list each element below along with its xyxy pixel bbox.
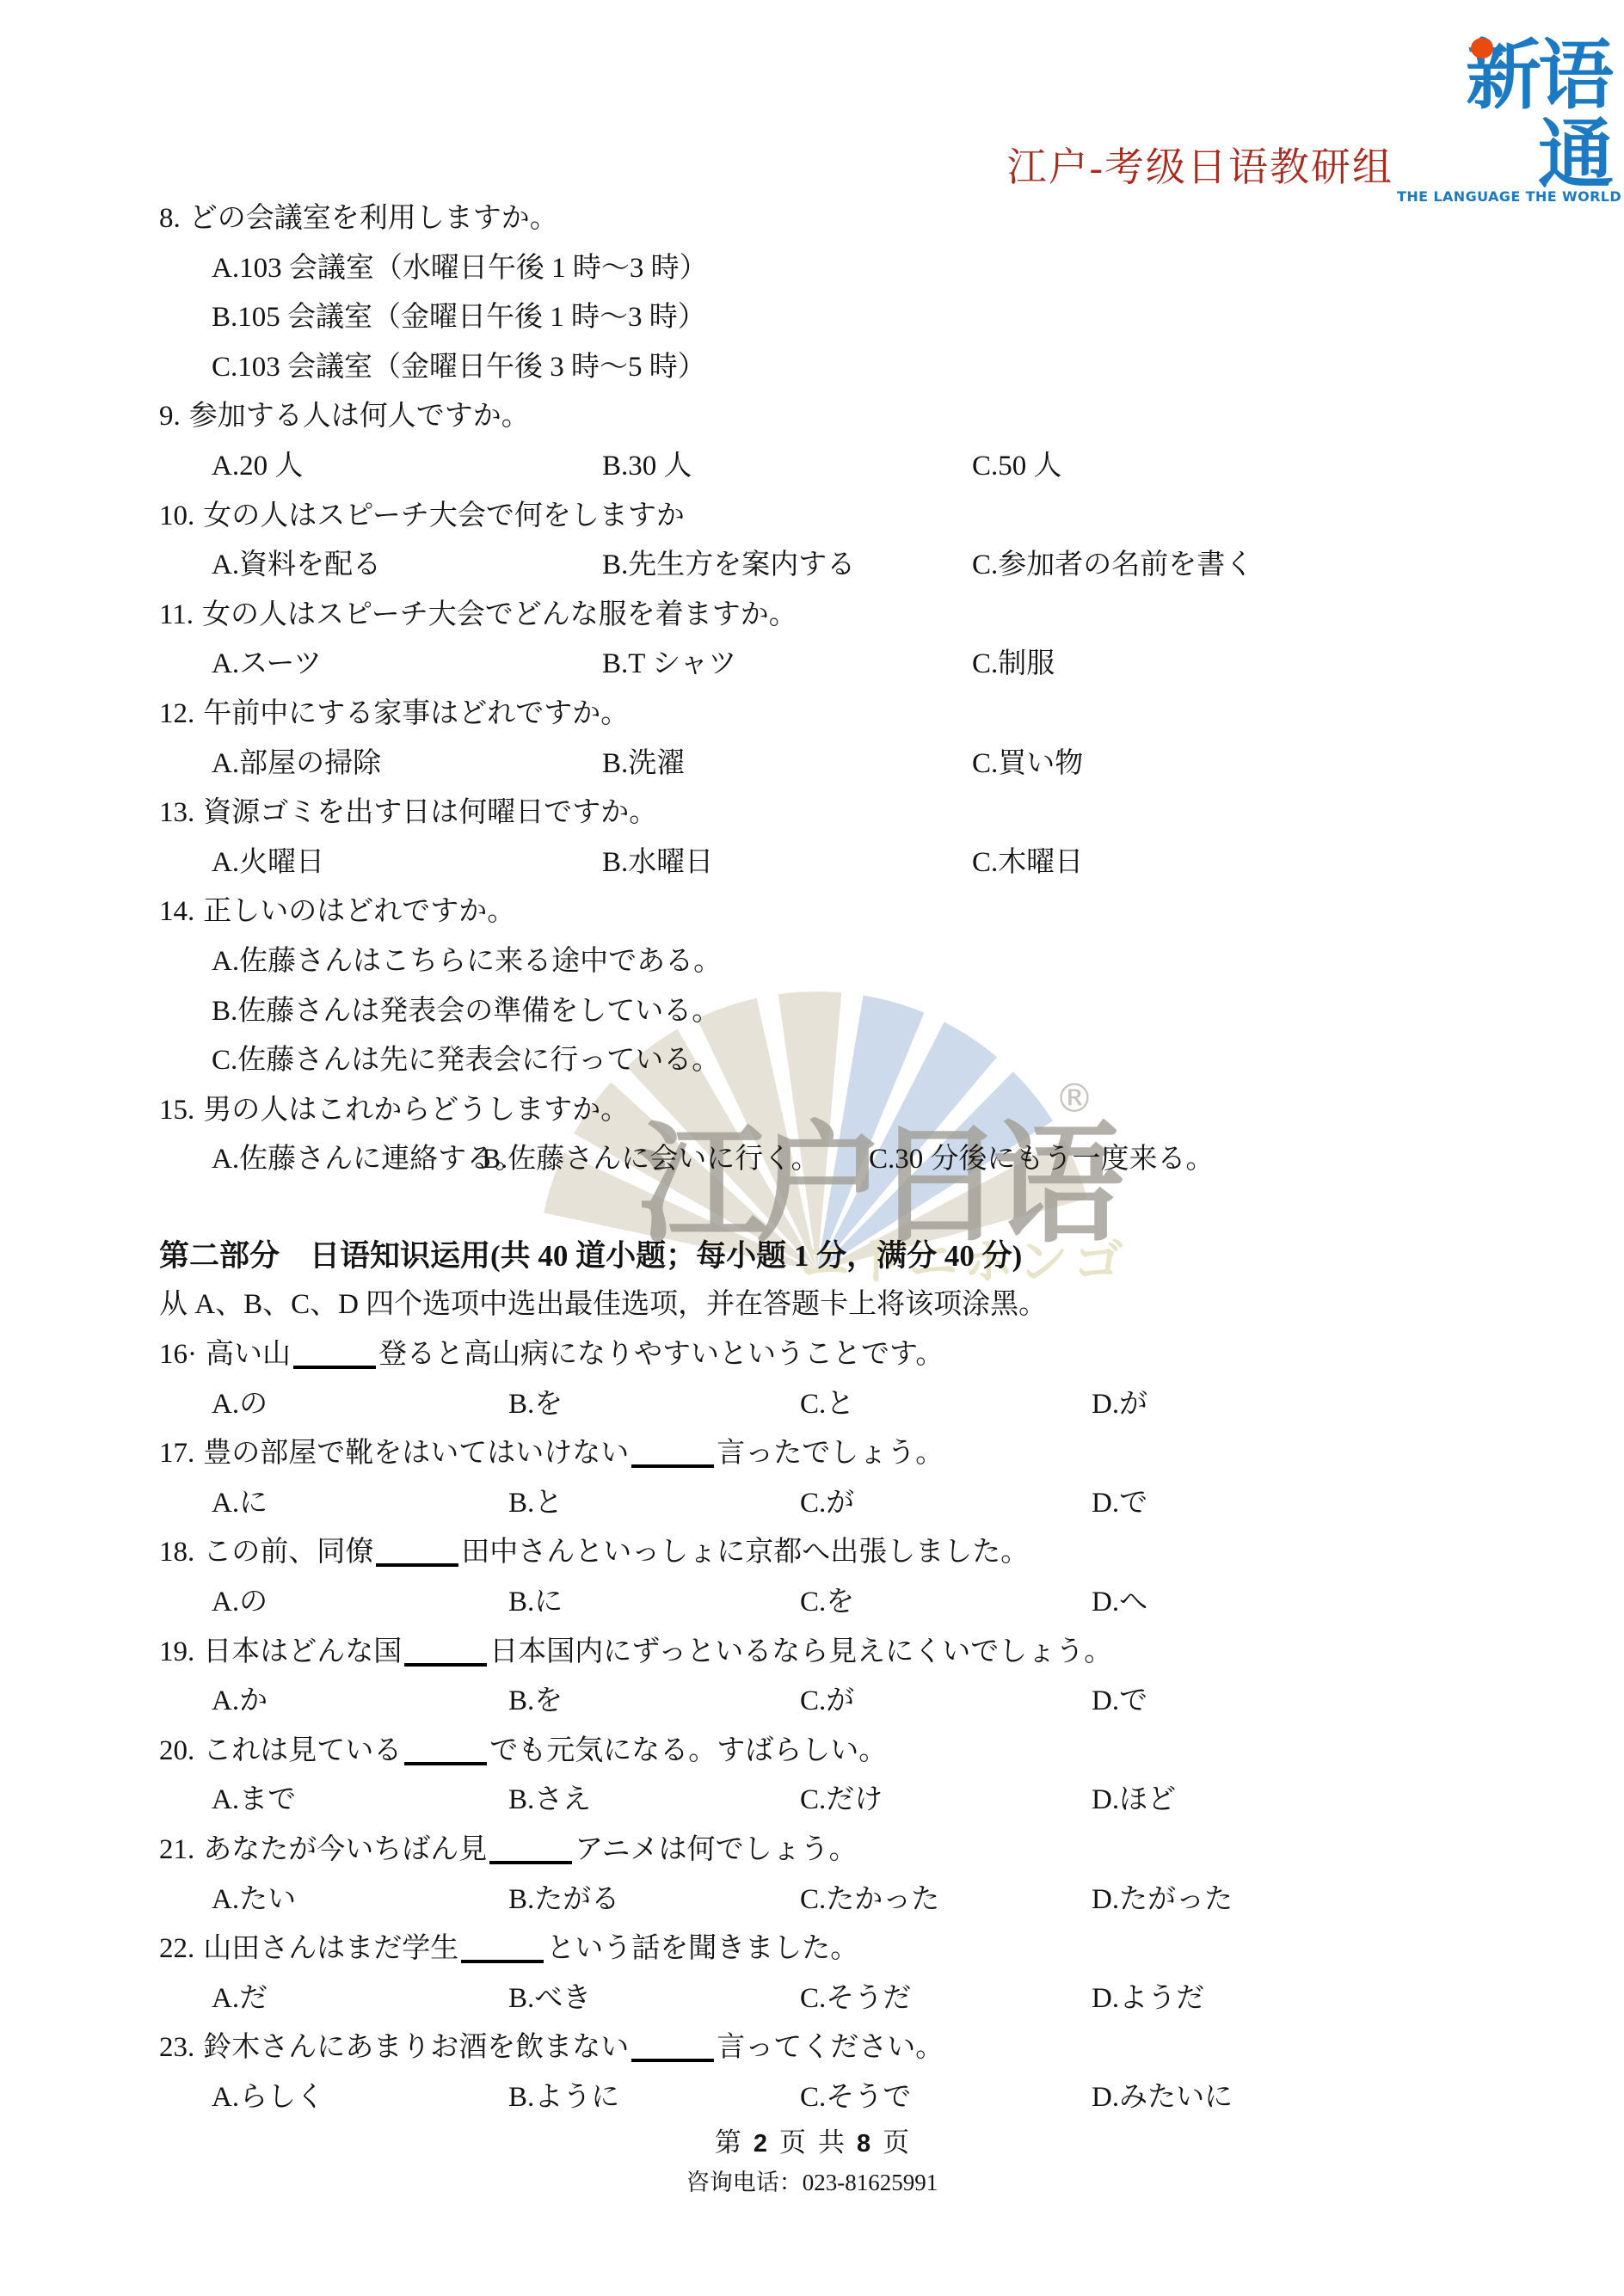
answer-option: B.ように (508, 2073, 800, 2123)
answer-option: B.を (508, 1380, 800, 1430)
answer-blank (376, 1563, 458, 1567)
answer-option: C.参加者の名前を書く (972, 541, 1570, 591)
question-17: 17.豊の部屋で靴をはいてはいけない言ったでしょう。A.にB.とC.がD.で (159, 1429, 1570, 1528)
option-row: A.までB.さえC.だけD.ほど (159, 1776, 1570, 1826)
question-text: 19.日本はどんな国日本国内にずっといるなら見えにくいでしょう。 (159, 1628, 1570, 1678)
answer-option: A.に (212, 1479, 508, 1529)
answer-option: D.ようだ (1092, 1974, 1570, 2024)
answer-option: A.の (212, 1578, 508, 1628)
question-text: 21.あなたが今いちばん見アニメは何でしょう。 (159, 1826, 1570, 1875)
question-21: 21.あなたが今いちばん見アニメは何でしょう。A.たいB.たがるC.たかったD.… (159, 1826, 1570, 1925)
brand-logo-text: 新语通 (1397, 36, 1610, 195)
answer-option: A.佐藤さんはこちらに来る途中である。 (212, 937, 1570, 987)
page-current: 2 (754, 2130, 767, 2158)
question-number: 18. (159, 1537, 194, 1568)
answer-option: C.50 人 (972, 442, 1570, 492)
question-number: 15. (159, 1095, 194, 1126)
answer-option: C.だけ (800, 1776, 1092, 1826)
section2-heading: 第二部分 日语知识运用(共 40 道小题；每小题 1 分，满分 40 分) (159, 1231, 1570, 1281)
answer-option: C.が (800, 1677, 1092, 1727)
answer-option: B.さえ (508, 1776, 800, 1826)
question-number: 23. (159, 2032, 194, 2063)
answer-blank (404, 1762, 487, 1765)
question-9: 9.参加する人は何人ですか。A.20 人B.30 人C.50 人 (159, 392, 1570, 491)
answer-option: C.そうだ (800, 1974, 1092, 2024)
answer-option: B.洗濯 (602, 740, 972, 789)
answer-option: A.スーツ (212, 640, 602, 690)
answer-option: B.水曜日 (602, 838, 972, 888)
page-total: 8 (857, 2130, 870, 2158)
question-8: 8.どの会議室を利用しますか。A.103 会議室（水曜日午後 1 時～3 時）B… (159, 194, 1570, 392)
answer-option: C.と (800, 1380, 1092, 1430)
answer-option: B.30 人 (602, 442, 972, 492)
question-number: 9. (159, 401, 181, 432)
question-16: 16·高い山登ると高山病になりやすいということです。A.のB.をC.とD.が (159, 1330, 1570, 1429)
research-group-title: 江户-考级日语教研组 (1007, 136, 1393, 205)
answer-option: C.103 会議室（金曜日午後 3 時～5 時） (212, 343, 1570, 393)
question-text: 17.豊の部屋で靴をはいてはいけない言ったでしょう。 (159, 1429, 1570, 1479)
question-number: 14. (159, 896, 194, 927)
question-number: 11. (159, 599, 194, 630)
answer-option: B.を (508, 1677, 800, 1727)
option-row: A.資料を配るB.先生方を案内するC.参加者の名前を書く (159, 541, 1570, 591)
answer-option: C.木曜日 (972, 838, 1570, 888)
answer-option: B.と (508, 1479, 800, 1529)
answer-option: C.たかった (800, 1875, 1092, 1925)
option-row: A.103 会議室（水曜日午後 1 時～3 時）B.105 会議室（金曜日午後 … (159, 244, 1570, 393)
question-text: 22.山田さんはまだ学生という話を聞きました。 (159, 1925, 1570, 1974)
answer-option: A.部屋の掃除 (212, 740, 602, 789)
page-label: 页 (883, 2127, 909, 2158)
answer-option: D.で (1092, 1479, 1570, 1529)
answer-option: B.べき (508, 1974, 800, 2024)
brand-logo: 新语通 THE LANGUAGE THE WORLD (1397, 36, 1610, 205)
page-header: 江户-考级日语教研组 新语通 THE LANGUAGE THE WORLD (1007, 36, 1610, 205)
listening-question-list: 8.どの会議室を利用しますか。A.103 会議室（水曜日午後 1 時～3 時）B… (159, 194, 1570, 1185)
question-text: 10.女の人はスピーチ大会で何をしますか (159, 492, 1570, 542)
question-text: 20.これは見ているでも元気になる。すばらしい。 (159, 1727, 1570, 1777)
answer-option: A.だ (212, 1974, 508, 2024)
page-label: 共 (818, 2127, 845, 2158)
answer-option: D.が (1092, 1380, 1570, 1430)
answer-option: A.まで (212, 1776, 508, 1826)
question-18: 18.この前、同僚田中さんといっしょに京都へ出張しました。A.のB.にC.をD.… (159, 1528, 1570, 1627)
question-14: 14.正しいのはどれですか。A.佐藤さんはこちらに来る途中である。B.佐藤さんは… (159, 887, 1570, 1085)
option-row: A.スーツB.T シャツC.制服 (159, 640, 1570, 690)
option-row: A.だB.べきC.そうだD.ようだ (159, 1974, 1570, 2024)
option-row: A.らしくB.ようにC.そうでD.みたいに (159, 2073, 1570, 2123)
answer-option: D.ほど (1092, 1776, 1570, 1826)
question-19: 19.日本はどんな国日本国内にずっといるなら見えにくいでしょう。A.かB.をC.… (159, 1628, 1570, 1727)
exam-page: 江户-考级日语教研组 新语通 THE LANGUAGE THE WORLD 江户… (0, 0, 1624, 2296)
answer-option: A.か (212, 1677, 508, 1727)
question-10: 10.女の人はスピーチ大会で何をしますかA.資料を配るB.先生方を案内するC.参… (159, 492, 1570, 591)
answer-option: A.の (212, 1380, 508, 1430)
answer-option: D.で (1092, 1677, 1570, 1727)
answer-option: B.佐藤さんは発表会の準備をしている。 (212, 987, 1570, 1037)
answer-option: D.みたいに (1092, 2073, 1570, 2123)
answer-option: B.に (508, 1578, 800, 1628)
question-number: 13. (159, 797, 194, 828)
question-text: 13.資源ゴミを出す日は何曜日ですか。 (159, 789, 1570, 838)
answer-option: B.105 会議室（金曜日午後 1 時～3 時） (212, 293, 1570, 343)
question-text: 15.男の人はこれからどうしますか。 (159, 1086, 1570, 1136)
answer-option: C.が (800, 1479, 1092, 1529)
answer-option: C.そうで (800, 2073, 1092, 2123)
answer-option: A.火曜日 (212, 838, 602, 888)
page-number: 第2页共8页 (0, 2121, 1624, 2159)
page-label: 页 (779, 2127, 806, 2158)
section2-instruction: 从 A、B、C、D 四个选项中选出最佳选项，并在答题卡上将该项涂黑。 (159, 1280, 1570, 1330)
question-11: 11.女の人はスピーチ大会でどんな服を着ますか。A.スーツB.T シャツC.制服 (159, 591, 1570, 690)
question-number: 16· (159, 1339, 197, 1370)
answer-option: A.たい (212, 1875, 508, 1925)
answer-option: A.らしく (212, 2073, 508, 2123)
question-22: 22.山田さんはまだ学生という話を聞きました。A.だB.べきC.そうだD.ようだ (159, 1925, 1570, 2023)
answer-option: A.103 会議室（水曜日午後 1 時～3 時） (212, 244, 1570, 294)
answer-option: C.を (800, 1578, 1092, 1628)
answer-option: D.へ (1092, 1578, 1570, 1628)
question-15: 15.男の人はこれからどうしますか。A.佐藤さんに連絡する。B.佐藤さんに会いに… (159, 1086, 1570, 1185)
contact-phone: 咨询电话：023-81625991 (0, 2164, 1624, 2197)
grammar-question-list: 16·高い山登ると高山病になりやすいということです。A.のB.をC.とD.が17… (159, 1330, 1570, 2123)
question-number: 12. (159, 698, 194, 729)
question-13: 13.資源ゴミを出す日は何曜日ですか。A.火曜日B.水曜日C.木曜日 (159, 789, 1570, 887)
option-row: A.にB.とC.がD.で (159, 1479, 1570, 1529)
question-number: 20. (159, 1735, 194, 1766)
answer-option: C.30 分後にもう一度来る。 (869, 1135, 1570, 1185)
option-row: A.かB.をC.がD.で (159, 1677, 1570, 1727)
page-label: 第 (715, 2127, 741, 2158)
answer-option: A.佐藤さんに連絡する。 (212, 1135, 482, 1185)
option-row: A.のB.をC.とD.が (159, 1380, 1570, 1430)
option-row: A.20 人B.30 人C.50 人 (159, 442, 1570, 492)
logo-red-dot-icon (1471, 38, 1493, 58)
answer-blank (631, 1464, 714, 1468)
brand-logo-tagline: THE LANGUAGE THE WORLD (1397, 188, 1610, 205)
option-row: A.火曜日B.水曜日C.木曜日 (159, 838, 1570, 888)
answer-option: D.たがった (1092, 1875, 1570, 1925)
question-number: 17. (159, 1438, 194, 1469)
answer-blank (631, 2059, 714, 2062)
answer-option: A.資料を配る (212, 541, 602, 591)
option-row: A.佐藤さんはこちらに来る途中である。B.佐藤さんは発表会の準備をしている。C.… (159, 937, 1570, 1086)
question-number: 22. (159, 1933, 194, 1964)
question-number: 8. (159, 203, 181, 234)
answer-blank (489, 1861, 572, 1864)
question-text: 18.この前、同僚田中さんといっしょに京都へ出張しました。 (159, 1528, 1570, 1578)
answer-option: C.佐藤さんは先に発表会に行っている。 (212, 1036, 1570, 1086)
answer-blank (293, 1366, 376, 1369)
question-text: 23.鈴木さんにあまりお酒を飲まない言ってください。 (159, 2023, 1570, 2073)
question-text: 11.女の人はスピーチ大会でどんな服を着ますか。 (159, 591, 1570, 641)
question-number: 19. (159, 1636, 194, 1667)
answer-option: A.20 人 (212, 442, 602, 492)
question-12: 12.午前中にする家事はどれですか。A.部屋の掃除B.洗濯C.買い物 (159, 690, 1570, 789)
question-text: 12.午前中にする家事はどれですか。 (159, 690, 1570, 740)
answer-blank (404, 1663, 487, 1667)
question-number: 21. (159, 1834, 194, 1865)
question-number: 10. (159, 500, 194, 531)
answer-option: B.たがる (508, 1875, 800, 1925)
option-row: A.部屋の掃除B.洗濯C.買い物 (159, 740, 1570, 789)
question-text: 9.参加する人は何人ですか。 (159, 392, 1570, 442)
answer-blank (461, 1960, 544, 1963)
answer-option: B.T シャツ (602, 640, 972, 690)
question-20: 20.これは見ているでも元気になる。すばらしい。A.までB.さえC.だけD.ほど (159, 1727, 1570, 1826)
option-row: A.たいB.たがるC.たかったD.たがった (159, 1875, 1570, 1925)
answer-option: C.制服 (972, 640, 1570, 690)
question-area: 8.どの会議室を利用しますか。A.103 会議室（水曜日午後 1 時～3 時）B… (159, 194, 1570, 2123)
answer-option: B.佐藤さんに会いに行く。 (482, 1135, 869, 1185)
question-23: 23.鈴木さんにあまりお酒を飲まない言ってください。A.らしくB.ようにC.そう… (159, 2023, 1570, 2122)
option-row: A.のB.にC.をD.へ (159, 1578, 1570, 1628)
answer-option: B.先生方を案内する (602, 541, 972, 591)
question-text: 16·高い山登ると高山病になりやすいということです。 (159, 1330, 1570, 1380)
answer-option: C.買い物 (972, 740, 1570, 789)
question-text: 14.正しいのはどれですか。 (159, 887, 1570, 937)
option-row: A.佐藤さんに連絡する。B.佐藤さんに会いに行く。C.30 分後にもう一度来る。 (159, 1135, 1570, 1185)
